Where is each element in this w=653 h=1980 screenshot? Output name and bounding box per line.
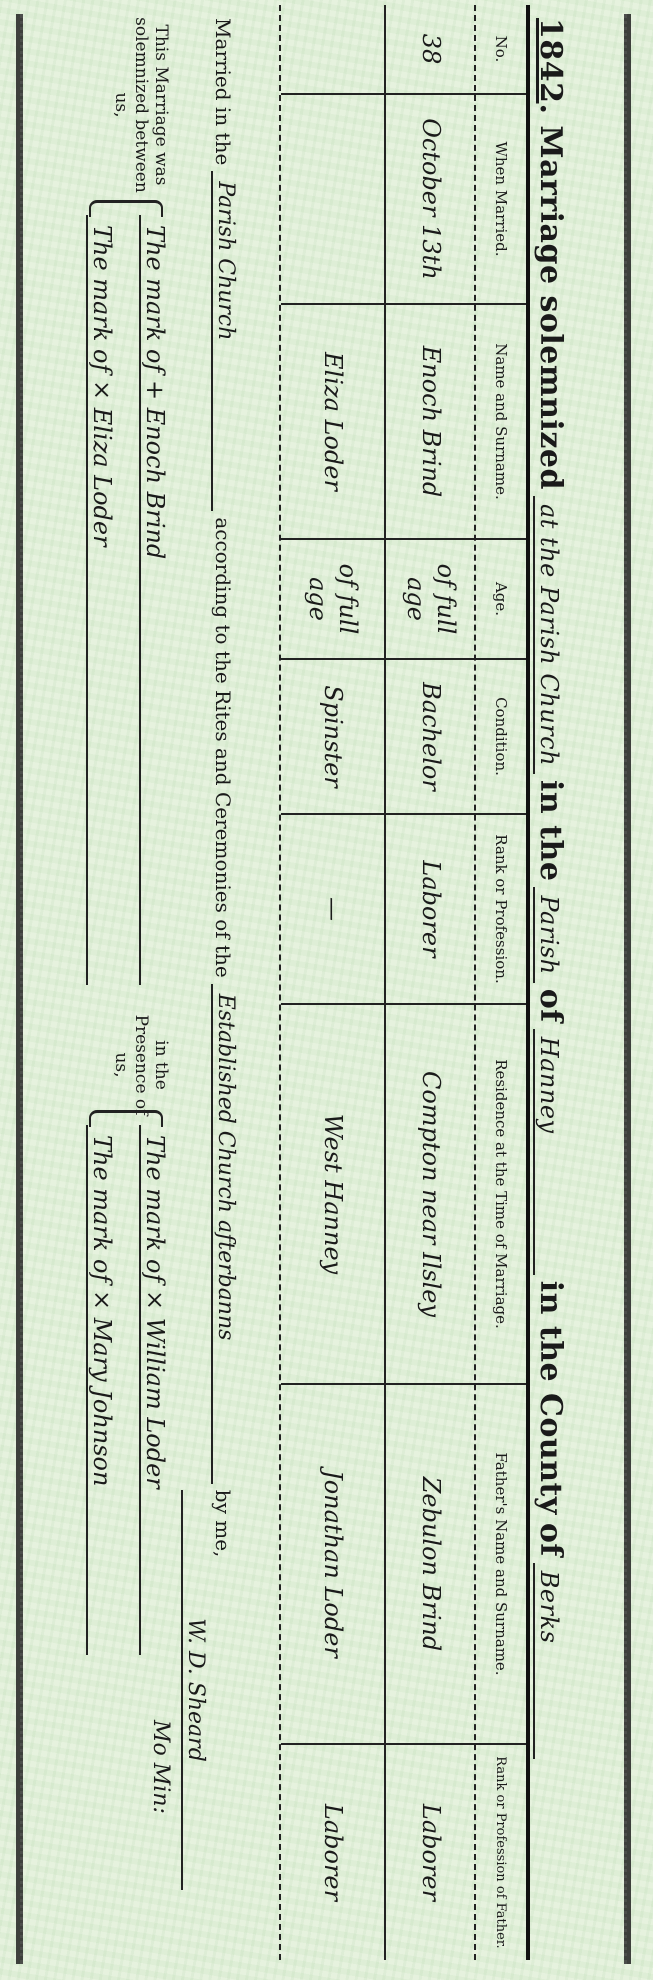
entry-number: 38	[386, 5, 476, 95]
bride-age: of full age	[281, 540, 386, 660]
groom-age: of full age	[386, 540, 476, 660]
header-rank: Rank or Profession.	[476, 815, 526, 1005]
header-age: Age.	[476, 540, 526, 660]
heading-parish-name: Hanney	[533, 1029, 563, 1275]
bride-father-name: Jonathan Loder	[281, 1385, 386, 1745]
married-suffix: by me,	[211, 1490, 235, 1558]
certificate-heading: 1842 . Marriage solemnized at the Parish…	[533, 18, 603, 1958]
witness2-signature: The mark of × Mary Johnson	[86, 1125, 116, 1655]
entry-date: October 13th	[386, 95, 476, 305]
groom-name: Enoch Brind	[386, 305, 476, 540]
bride-residence: West Hanney	[281, 1005, 386, 1385]
groom-residence: Compton near Ilsley	[386, 1005, 476, 1385]
witness-label: in the Presence of us,	[111, 1010, 171, 1120]
married-in-line: Married in the Parish Church according t…	[211, 18, 261, 1958]
header-no: No.	[476, 5, 526, 95]
entry-number-blank	[281, 5, 386, 95]
header-father-rank: Rank or Profession of Father.	[476, 1745, 526, 1960]
heading-in-the: in the	[533, 780, 568, 881]
header-father-name: Father's Name and Surname.	[476, 1385, 526, 1745]
married-church: Parish Church	[211, 171, 238, 511]
table-row-bride: Eliza Loder of full age Spinster — West …	[281, 5, 386, 1960]
header-condition: Condition.	[476, 660, 526, 815]
groom-condition: Bachelor	[386, 660, 476, 815]
couple-label: This Marriage was solemnized between us,	[111, 10, 171, 200]
heading-year: 1842	[533, 18, 568, 104]
witness1-signature: The mark of × William Loder	[139, 1125, 169, 1655]
bride-father-rank: Laborer	[281, 1745, 386, 1960]
table-header-row: No. When Married. Name and Surname. Age.…	[474, 5, 526, 1960]
header-name: Name and Surname.	[476, 305, 526, 540]
bottom-border-rule	[16, 14, 23, 1964]
header-when-married: When Married.	[476, 95, 526, 305]
bride-name: Eliza Loder	[281, 305, 386, 540]
entry-date-blank	[281, 95, 386, 305]
header-residence: Residence at the Time of Marriage.	[476, 1005, 526, 1385]
bride-signature: The mark of × Eliza Loder	[86, 215, 116, 985]
married-middle: according to the Rites and Ceremonies of…	[211, 517, 235, 977]
groom-signature: The mark of + Enoch Brind	[139, 215, 169, 985]
heading-place: at the Parish Church	[533, 496, 563, 774]
heading-of: of	[533, 989, 568, 1023]
groom-rank: Laborer	[386, 815, 476, 1005]
heading-county-label: in the County	[533, 1281, 568, 1515]
groom-father-name: Zebulon Brind	[386, 1385, 476, 1745]
heading-prefix: . Marriage solemnized	[533, 104, 568, 490]
heading-of2: of	[533, 1523, 568, 1557]
groom-father-rank: Laborer	[386, 1745, 476, 1960]
married-rites: Established Church afterbanns	[211, 984, 238, 1484]
register-table: No. When Married. Name and Surname. Age.…	[279, 5, 530, 1960]
heading-county-name: Berks	[533, 1563, 563, 1759]
minister-signature: W. D. Sheard	[181, 1490, 208, 1890]
heading-parish-type: Parish	[533, 887, 563, 982]
bride-condition: Spinster	[281, 660, 386, 815]
bride-rank: —	[281, 815, 386, 1005]
top-border-rule	[624, 14, 631, 1964]
signature-block: This Marriage was solemnized between us,…	[21, 10, 171, 1950]
married-prefix: Married in the	[211, 18, 235, 165]
table-row-groom: 38 October 13th Enoch Brind of full age …	[384, 5, 476, 1960]
marriage-certificate: 1842 . Marriage solemnized at the Parish…	[0, 0, 653, 1980]
